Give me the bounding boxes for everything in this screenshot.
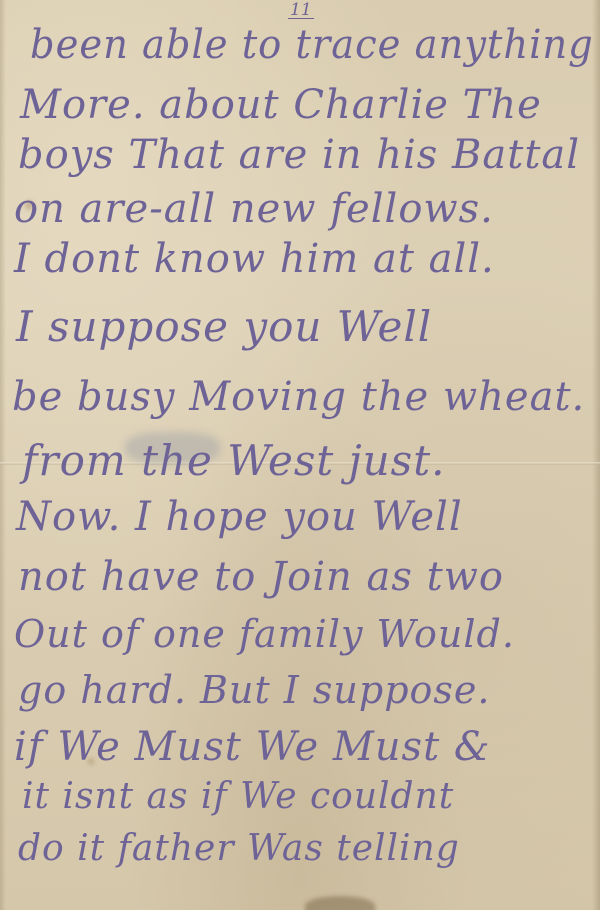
handwritten-line: on are-all new fellows. <box>14 186 494 232</box>
handwritten-line: boys That are in his Battal <box>18 132 580 178</box>
handwritten-line: not have to Join as two <box>18 554 504 600</box>
page-number: 11 <box>288 2 314 19</box>
handwritten-line: been able to trace anything <box>30 22 594 68</box>
handwritten-line: if We Must We Must & <box>14 724 490 770</box>
handwritten-line: be busy Moving the wheat. <box>12 374 585 420</box>
paper-edge-right <box>592 0 600 910</box>
handwritten-line: More. about Charlie The <box>20 82 542 128</box>
handwritten-line: I dont know him at all. <box>14 236 495 282</box>
handwritten-line: do it father Was telling <box>18 828 460 869</box>
handwritten-line: Out of one family Would. <box>14 612 515 656</box>
handwritten-line: it isnt as if We couldnt <box>22 776 454 817</box>
bottom-edge-stain <box>305 896 375 910</box>
handwritten-line: go hard. But I suppose. <box>18 668 490 712</box>
paper-edge-left <box>0 0 6 910</box>
handwritten-line: from the West just. <box>22 436 445 485</box>
handwritten-line: I suppose you Well <box>16 302 432 351</box>
handwritten-line: Now. I hope you Well <box>16 494 463 540</box>
letter-page: 11 been able to trace anything More. abo… <box>0 0 600 910</box>
